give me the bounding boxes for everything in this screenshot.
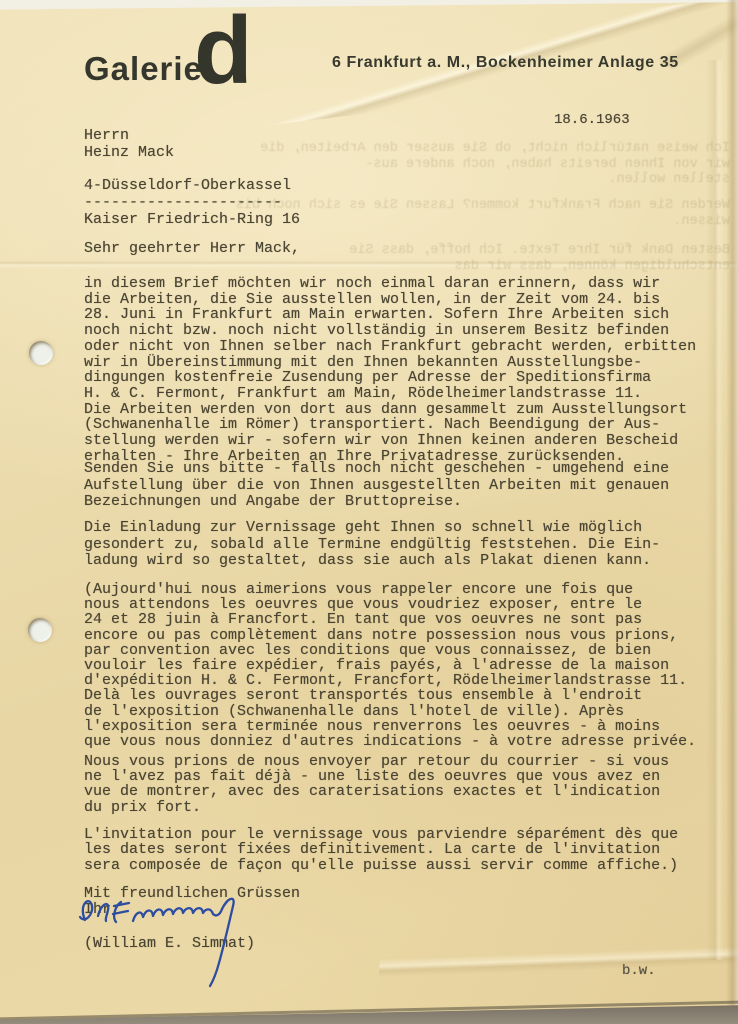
scan-edge-top (0, 0, 738, 12)
bleed-through-text: Besten Dank für Ihre Texte. Ich hoffe, d… (330, 243, 730, 274)
paragraph-french-3: L'invitation pour le vernissage vous par… (84, 827, 678, 873)
gallery-brand-name: Galerie (84, 52, 203, 85)
signature-stroke (80, 901, 108, 921)
turn-over-note: b.w. (622, 963, 656, 979)
paper-crease (706, 60, 724, 960)
letterhead-address: 6 Frankfurt a. M., Bockenheimer Anlage 3… (332, 54, 679, 72)
recipient-address-block: Herrn Heinz Mack 4-Düsseldorf-Oberkassel… (84, 128, 300, 229)
signature-stroke (133, 908, 222, 921)
paragraph-german-1: in diesem Brief möchten wir noch einmal … (84, 276, 696, 464)
scan-edge-right (726, 0, 738, 1024)
paragraph-german-3: Die Einladung zur Vernissage geht Ihnen … (84, 520, 660, 570)
punch-hole (29, 341, 53, 365)
paragraph-french-2: Nous vous prions de nous envoyer par ret… (84, 754, 669, 815)
letter-date: 18.6.1963 (554, 112, 630, 128)
signature-stroke (113, 902, 129, 922)
handwritten-signature-ink (74, 893, 279, 1005)
paragraph-french-1: (Aujourd'hui nous aimerions vous rappele… (84, 582, 696, 749)
salutation: Sehr geehrter Herr Mack, (84, 241, 300, 257)
paper-crease (379, 921, 738, 1000)
bleed-through-text: Werden Sie nach Frankfurt kommen? Lassen… (330, 198, 730, 229)
punch-hole (28, 618, 52, 642)
bleed-through-text: Ich weise natürlich nicht, ob Sie ausser… (330, 141, 730, 188)
gallery-logo-d: d (194, 3, 253, 99)
paragraph-german-2: Senden Sie uns bitte - falls noch nicht … (84, 461, 669, 511)
scanned-letter-page: Ich weise natürlich nicht, ob Sie ausser… (0, 0, 738, 1024)
